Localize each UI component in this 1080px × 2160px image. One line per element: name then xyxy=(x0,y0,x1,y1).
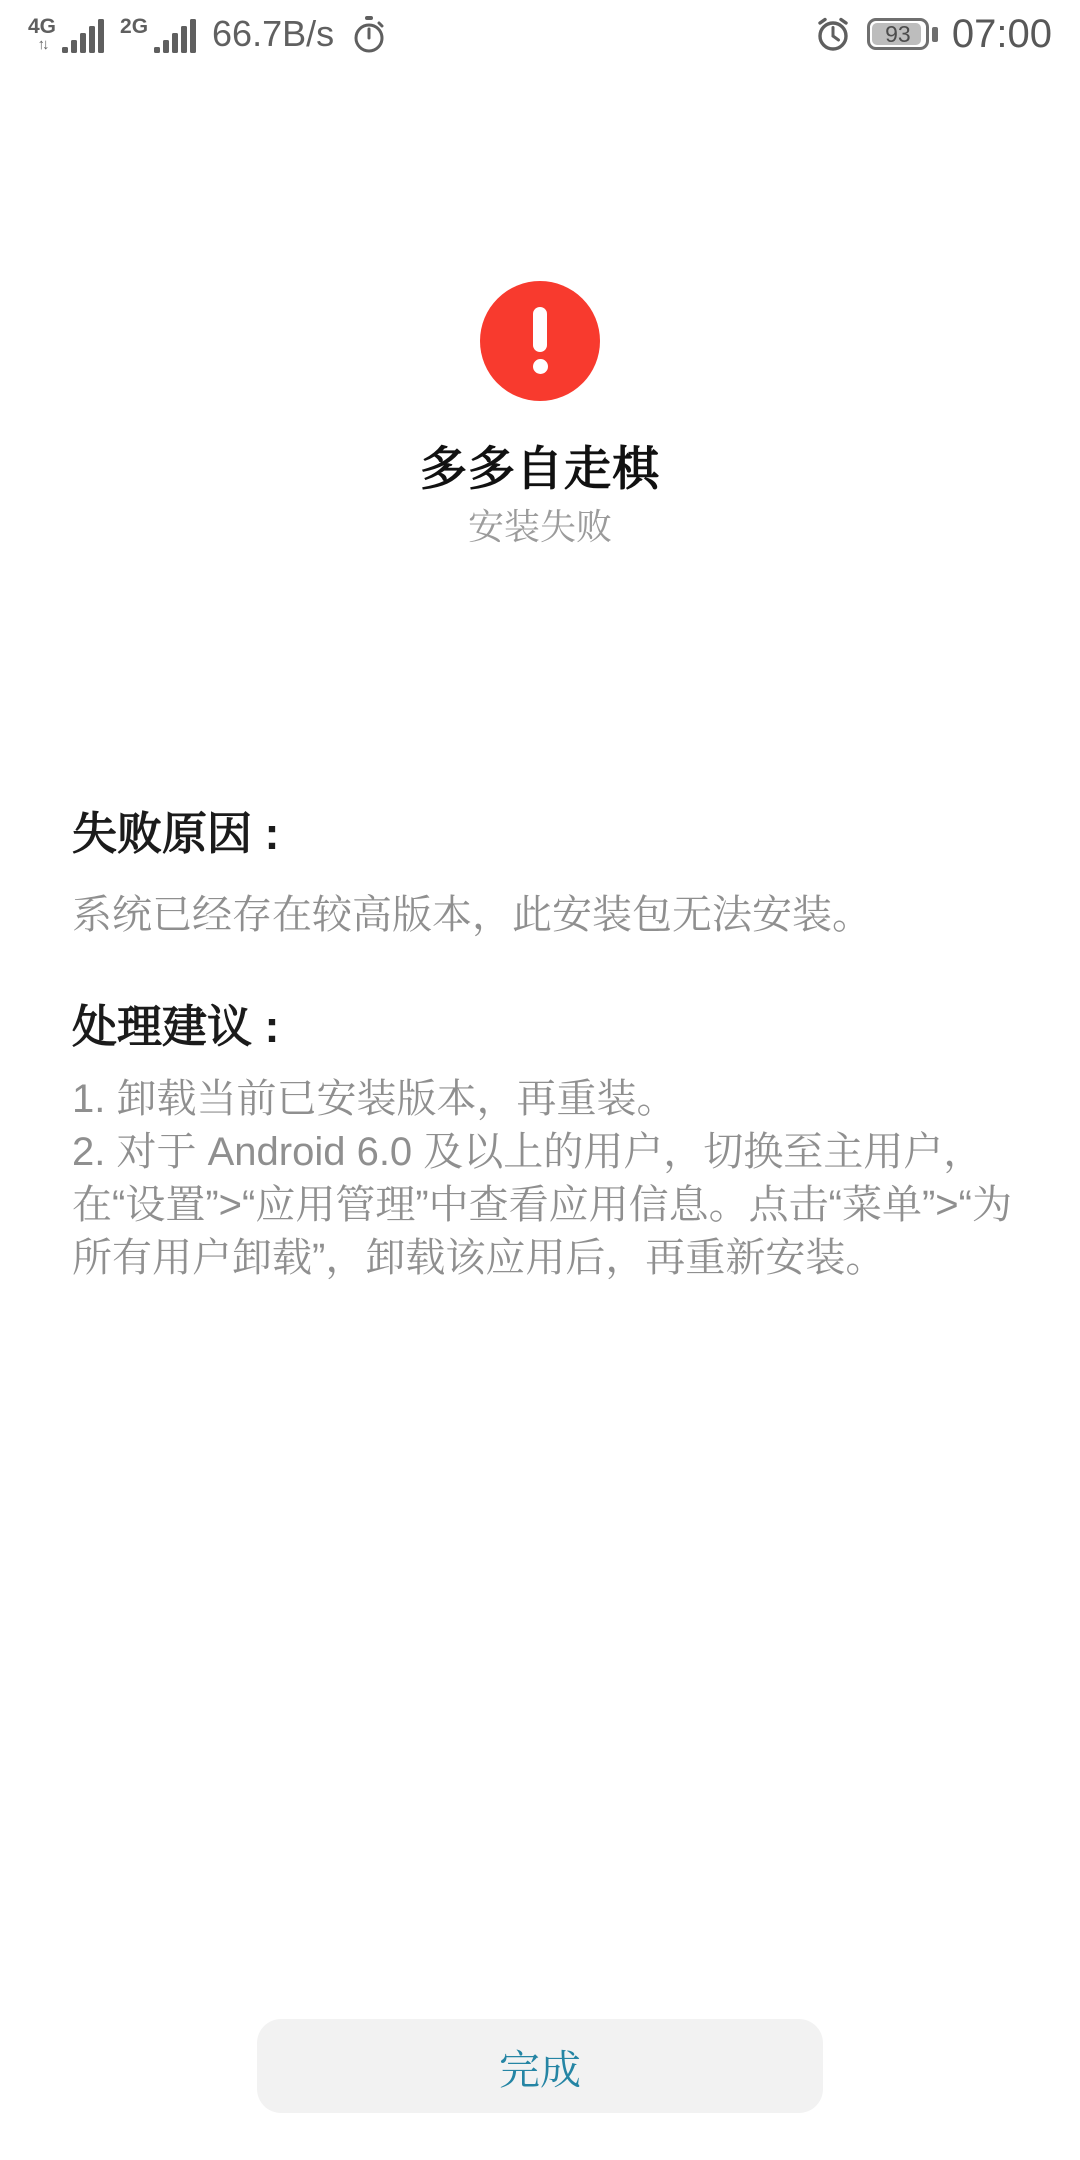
battery-percent-label: 93 xyxy=(870,21,926,47)
signal-2g-icon: 2G xyxy=(120,16,196,53)
suggestion-list: 1. 卸载当前已安装版本，再重装。 2. 对于 Android 6.0 及以上的… xyxy=(72,1073,1012,1285)
suggestion-item: 1. 卸载当前已安装版本，再重装。 xyxy=(72,1073,1012,1126)
battery-icon: 93 xyxy=(867,18,938,50)
signal-bars-icon xyxy=(62,19,104,53)
suggestion-item: 2. 对于 Android 6.0 及以上的用户，切换至主用户，在“设置”>“应… xyxy=(72,1126,1012,1285)
done-button-label: 完成 xyxy=(499,2037,581,2096)
app-name-title: 多多自走棋 xyxy=(0,432,1080,499)
network-type-label: 2G xyxy=(120,16,148,37)
failure-reason-body: 系统已经存在较高版本，此安装包无法安装。 xyxy=(72,889,872,942)
status-bar-right: 93 07:00 xyxy=(813,12,1052,57)
install-status-label: 安装失败 xyxy=(0,499,1080,550)
data-activity-arrows-icon: ↑↓ xyxy=(38,37,47,53)
status-bar-left: 4G ↑↓ 2G 66.7B/s xyxy=(28,13,388,55)
clock-label: 07:00 xyxy=(952,12,1052,57)
failure-reason-heading: 失败原因 : xyxy=(72,797,280,862)
install-result-screen: 4G ↑↓ 2G 66.7B/s xyxy=(0,0,1080,2160)
signal-4g-icon: 4G ↑↓ xyxy=(28,16,104,53)
alarm-icon xyxy=(813,14,853,54)
network-speed-label: 66.7B/s xyxy=(212,13,334,55)
done-button[interactable]: 完成 xyxy=(257,2019,823,2113)
suggestion-heading: 处理建议 : xyxy=(72,990,280,1055)
error-exclamation-icon xyxy=(480,281,600,401)
network-type-label: 4G xyxy=(28,16,56,37)
stopwatch-icon xyxy=(350,14,388,54)
status-bar: 4G ↑↓ 2G 66.7B/s xyxy=(0,0,1080,62)
signal-bars-icon xyxy=(154,19,196,53)
